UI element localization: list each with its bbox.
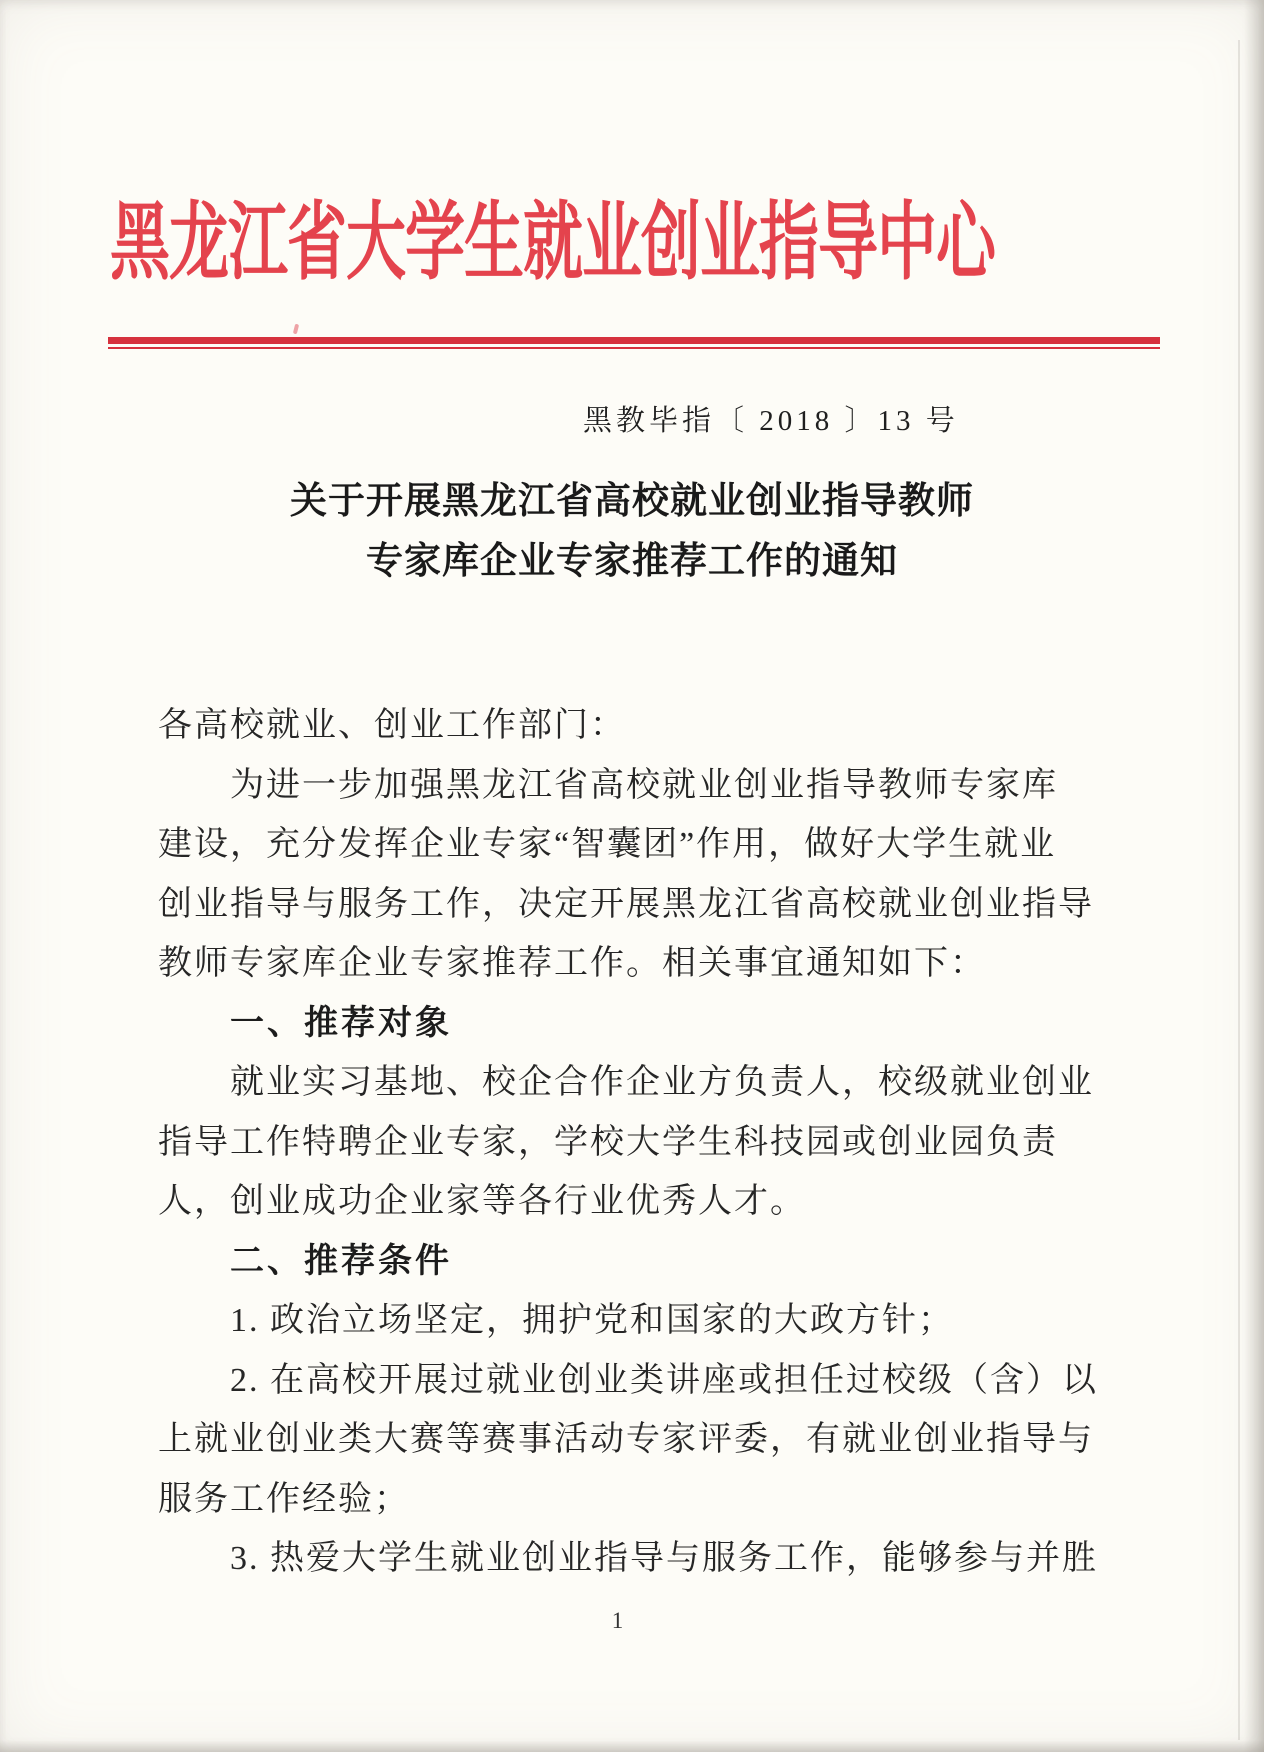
scan-edge-line <box>1238 40 1240 1740</box>
rule-thin-line <box>108 347 1160 349</box>
document-title: 关于开展黑龙江省高校就业创业指导教师 专家库企业专家推荐工作的通知 <box>0 472 1264 592</box>
body-line: 创业指导与服务工作，决定开展黑龙江省高校就业创业指导 <box>158 875 1113 935</box>
body-line: 人，创业成功企业家等各行业优秀人才。 <box>158 1172 1113 1232</box>
body-line: 1. 政治立场坚定，拥护党和国家的大政方针； <box>158 1291 1113 1351</box>
body-line: 就业实习基地、校企合作企业方负责人，校级就业创业 <box>158 1053 1113 1113</box>
rule-thick-line <box>108 337 1160 344</box>
document-body: 各高校就业、创业工作部门：为进一步加强黑龙江省高校就业创业指导教师专家库建设，充… <box>158 696 1113 1589</box>
body-line: 服务工作经验； <box>158 1470 1113 1530</box>
scan-edge-shadow-bottom <box>0 1740 1264 1752</box>
body-line: 指导工作特聘企业专家，学校大学生科技园或创业园负责 <box>158 1113 1113 1173</box>
page-number: 1 <box>0 1608 1235 1634</box>
body-line: 建设，充分发挥企业专家“智囊团”作用，做好大学生就业 <box>158 815 1113 875</box>
body-line: 各高校就业、创业工作部门： <box>158 696 1113 756</box>
section-heading: 二、推荐条件 <box>158 1232 1113 1292</box>
red-separator-rule <box>108 337 1160 349</box>
body-line: 2. 在高校开展过就业创业类讲座或担任过校级（含）以 <box>158 1351 1113 1411</box>
letterhead-org-name: 黑龙江省大学生就业创业指导中心 <box>0 193 1105 292</box>
document-title-line2: 专家库企业专家推荐工作的通知 <box>0 532 1264 592</box>
body-line: 上就业创业类大赛等赛事活动专家评委，有就业创业指导与 <box>158 1410 1113 1470</box>
scan-edge-shadow-right <box>1244 0 1264 1752</box>
body-line: 教师专家库企业专家推荐工作。相关事宜通知如下： <box>158 934 1113 994</box>
document-number: 黑教毕指〔 2018 〕13 号 <box>583 398 959 439</box>
section-heading: 一、推荐对象 <box>158 994 1113 1054</box>
document-title-line1: 关于开展黑龙江省高校就业创业指导教师 <box>0 472 1264 532</box>
body-line: 为进一步加强黑龙江省高校就业创业指导教师专家库 <box>158 756 1113 816</box>
scanned-document-page: 黑龙江省大学生就业创业指导中心 黑教毕指〔 2018 〕13 号 关于开展黑龙江… <box>0 0 1264 1752</box>
scan-artifact-red-mark <box>293 324 299 335</box>
body-line: 3. 热爱大学生就业创业指导与服务工作，能够参与并胜 <box>158 1529 1113 1589</box>
